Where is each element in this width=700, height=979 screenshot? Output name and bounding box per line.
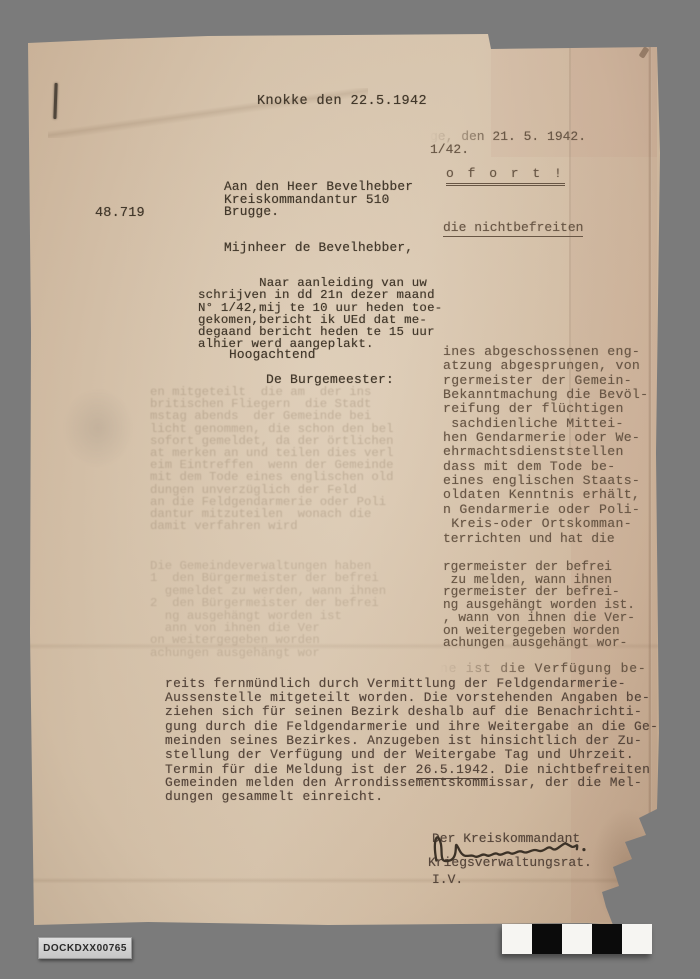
typed-line: dungen unverzüglich der Feld — [150, 484, 394, 496]
typed-line: oldaten Kenntnis erhält, — [443, 488, 648, 502]
typed-line: meinden seines Bezirkes. Anzugeben ist h… — [165, 734, 658, 748]
letter-body: Naar aanleiding van uwschrijven in dd 21… — [198, 277, 442, 351]
typed-line: reits fernmündlich durch Vermittlung der… — [165, 677, 658, 691]
typed-line: stellung der Verfügung und der Weitergab… — [165, 748, 658, 762]
staple-mark — [53, 83, 57, 119]
faint-bleed-text-upper: en mitgeteilt die am der insbritischen F… — [150, 386, 394, 532]
typed-line: 2 den Bürgermeister der befrei — [150, 597, 386, 609]
typed-line: sachdienliche Mittei- — [443, 417, 648, 431]
urgency-text: o f o r t ! — [446, 166, 565, 186]
underlay-subject: die nichtbefreiten — [443, 220, 583, 235]
typed-line: Bekanntmachung die Bevöl- — [443, 388, 648, 402]
letter-dateline: Knokke den 22.5.1942 — [257, 96, 427, 108]
calibration-square-white — [502, 924, 532, 954]
underlay-mid-line: terrichten und hat die — [443, 531, 615, 546]
typed-line: achungen ausgehängt wor- — [443, 637, 635, 650]
underlay-reference: 1/42. — [430, 142, 469, 157]
typed-line: dungen gesammelt einreicht. — [165, 790, 642, 804]
typed-line: reifung der flüchtigen — [443, 402, 648, 416]
closing: Hoogachtend — [229, 349, 316, 361]
typed-line: hen Gendarmerie oder We- — [443, 431, 648, 445]
calibration-square-white — [562, 924, 592, 954]
faint-bleed-text-lower: Die Gemeindeverwaltungen haben1 den Bürg… — [150, 560, 386, 659]
typed-line: schrijven in dd 21n dezer maand — [198, 289, 442, 301]
underlay-faded-line: ne ist die Verfügung be- — [440, 661, 646, 676]
typed-line: eines englischen Staats- — [443, 474, 648, 488]
underlay-right-column-2: rgermeister der befrei zu melden, wann i… — [443, 561, 635, 650]
underlay-paragraph: reits fernmündlich durch Vermittlung der… — [165, 677, 658, 762]
reference-number: 48.719 — [95, 208, 145, 220]
typed-line: atzung abgesprungen, von — [443, 359, 648, 373]
calibration-square-white — [622, 924, 652, 954]
underlay-termin-rest: Gemeinden melden den Arrondissementskomm… — [165, 776, 642, 804]
scanned-document-page: en mitgeteilt die am der insbritischen F… — [0, 0, 700, 979]
pencil-smudge — [58, 383, 138, 473]
torn-corner-shading — [588, 803, 668, 933]
archive-label-text: DOCKDXX00765 — [43, 943, 127, 954]
calibration-square-black — [592, 924, 622, 954]
typed-line: Gemeinden melden den Arrondissementskomm… — [165, 776, 642, 790]
typed-line: mstag abends der Gemeinde bei — [150, 410, 394, 422]
typed-line: ehrmachtsdienststellen — [443, 445, 648, 459]
typed-line: damit verfahren wird — [150, 520, 394, 532]
typed-line: ziehen sich für seinen Bezirk deshalb au… — [165, 705, 658, 719]
typed-line: ines abgeschossenen eng- — [443, 345, 648, 359]
typed-line: 1 den Bürgermeister der befrei — [150, 572, 386, 584]
typed-line: n Gendarmerie oder Poli- — [443, 503, 648, 517]
fold-crease — [648, 47, 652, 923]
paper-nick — [639, 46, 650, 59]
subject-text: die nichtbefreiten — [443, 220, 583, 237]
underlay-urgency-note: o f o r t ! — [446, 166, 565, 181]
salutation: Mijnheer de Bevelhebber, — [224, 242, 413, 254]
typed-line: Brugge. — [224, 206, 413, 219]
typed-line: on weitergegeben worden — [150, 634, 386, 646]
typed-line: achungen ausgehängt wor — [150, 647, 386, 659]
typed-line: rgermeister der Gemein- — [443, 374, 648, 388]
calibration-strip — [502, 924, 652, 954]
underlay-right-column: ines abgeschossenen eng-atzung abgesprun… — [443, 345, 648, 531]
archive-label: DOCKDXX00765 — [38, 937, 132, 959]
recipient-address: Aan den Heer BevelhebberKreiskommandantu… — [224, 181, 413, 219]
typed-line: Aussenstelle mitgeteilt worden. Die vors… — [165, 691, 658, 705]
typed-line: Kreis-oder Ortskomman- — [443, 517, 648, 531]
typed-line: dass mit dem Tode be- — [443, 460, 648, 474]
typed-line: gung durch die Feldgendarmerie und ihre … — [165, 720, 658, 734]
typed-line: licht genommen, die schon den bel — [150, 423, 394, 435]
typed-line: mit dem Tode eines englischen old — [150, 471, 394, 483]
calibration-square-black — [532, 924, 562, 954]
signoff-title: De Burgemeester: — [266, 374, 394, 386]
